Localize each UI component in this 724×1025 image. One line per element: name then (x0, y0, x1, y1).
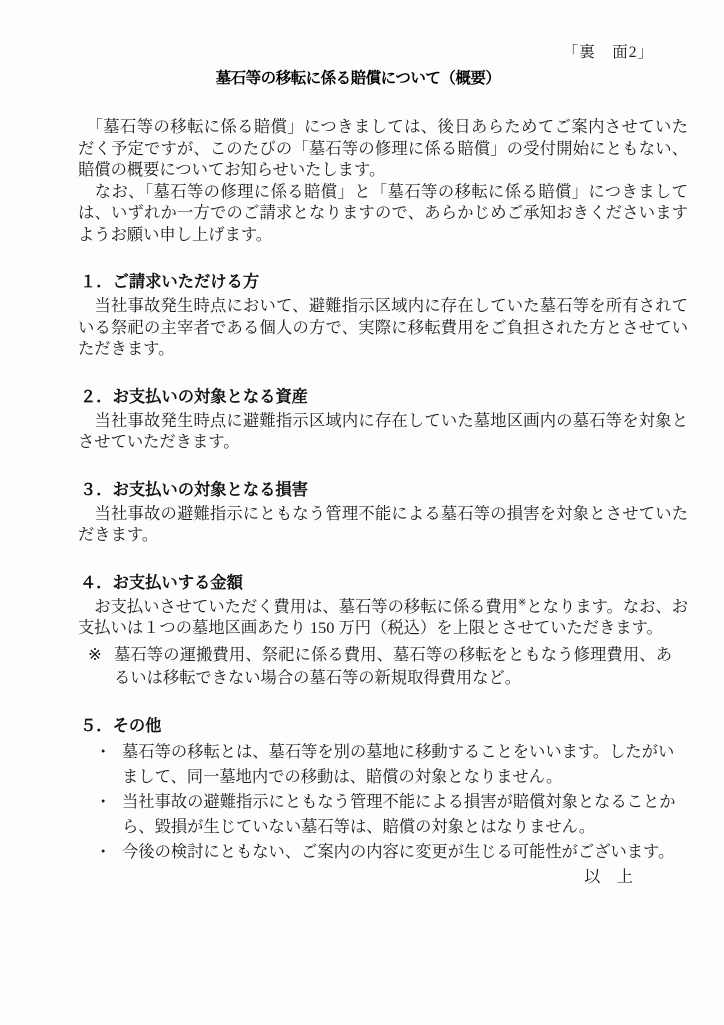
section-covered-damages: ３．お支払いの対象となる損害 当社事故の避難指示にともなう管理不能による墓石等の… (78, 480, 688, 546)
section-heading: ５．その他 (80, 716, 688, 736)
section-payment-amount: ４．お支払いする金額 お支払いさせていただく費用は、墓石等の移転に係る費用※とな… (78, 573, 688, 689)
section-heading: ３．お支払いの対象となる損害 (80, 480, 688, 500)
section-heading: ２．お支払いの対象となる資産 (80, 387, 688, 407)
bullet-text: 墓石等の移転とは、墓石等を別の墓地に移動することをいいます。したがいまして、同一… (122, 739, 688, 789)
section-body: 当社事故の避難指示にともなう管理不能による墓石等の損害を対象とさせていただきます… (78, 503, 688, 546)
section-body: 当社事故発生時点に避難指示区域内に存在していた墓地区画内の墓石等を対象とさせてい… (78, 410, 688, 453)
section-covered-assets: ２．お支払いの対象となる資産 当社事故発生時点に避難指示区域内に存在していた墓地… (78, 387, 688, 453)
footnote: ※ 墓石等の運搬費用、祭祀に係る費用、墓石等の移転をともなう修理費用、あるいは移… (78, 643, 688, 689)
section-eligible-claimants: １．ご請求いただける方 当社事故発生時点において、避難指示区域内に存在していた墓… (78, 272, 688, 360)
bullet-item: ・ 墓石等の移転とは、墓石等を別の墓地に移動することをいいます。したがいまして、… (78, 739, 688, 789)
footnote-marker: ※ (78, 643, 114, 689)
bullet-item: ・ 今後の検討にともない、ご案内の内容に変更が生じる可能性がございます。 (78, 839, 688, 864)
bullet-item: ・ 当社事故の避難指示にともなう管理不能による損害が賠償対象となることから、毀損… (78, 789, 688, 839)
document-page: 「裏 面2」 墓石等の移転に係る賠償について（概要） 「墓石等の移転に係る賠償」… (0, 0, 724, 1025)
section-heading: １．ご請求いただける方 (80, 272, 688, 292)
section-body: お支払いさせていただく費用は、墓石等の移転に係る費用※となります。なお、お支払い… (78, 596, 688, 639)
intro-block: 「墓石等の移転に係る賠償」につきましては、後日あらためてご案内させていただく予定… (78, 116, 688, 245)
bullet-marker: ・ (78, 789, 122, 839)
bullet-marker: ・ (78, 739, 122, 789)
document-title: 墓石等の移転に係る賠償について（概要） (78, 68, 688, 90)
intro-paragraph-1: 「墓石等の移転に係る賠償」につきましては、後日あらためてご案内させていただく予定… (78, 116, 688, 181)
bullet-text: 今後の検討にともない、ご案内の内容に変更が生じる可能性がございます。 (122, 839, 688, 864)
payment-body-lead: お支払いさせていただく費用は、墓石等の移転に係る費用 (78, 597, 518, 616)
bullet-marker: ・ (78, 839, 122, 864)
bullet-text: 当社事故の避難指示にともなう管理不能による損害が賠償対象となることから、毀損が生… (122, 789, 688, 839)
section-body: 当社事故発生時点において、避難指示区域内に存在していた墓石等を所有されている祭祀… (78, 295, 688, 360)
footnote-text: 墓石等の運搬費用、祭祀に係る費用、墓石等の移転をともなう修理費用、あるいは移転で… (114, 643, 688, 689)
intro-paragraph-2: なお、「墓石等の修理に係る賠償」と「墓石等の移転に係る賠償」につきましては、いず… (78, 181, 688, 246)
section-heading: ４．お支払いする金額 (80, 573, 688, 593)
corner-label: 「裏 面2」 (78, 44, 654, 62)
section-other: ５．その他 ・ 墓石等の移転とは、墓石等を別の墓地に移動することをいいます。した… (78, 716, 688, 864)
closing-label: 以 上 (78, 866, 633, 888)
bullet-list: ・ 墓石等の移転とは、墓石等を別の墓地に移動することをいいます。したがいまして、… (78, 739, 688, 864)
